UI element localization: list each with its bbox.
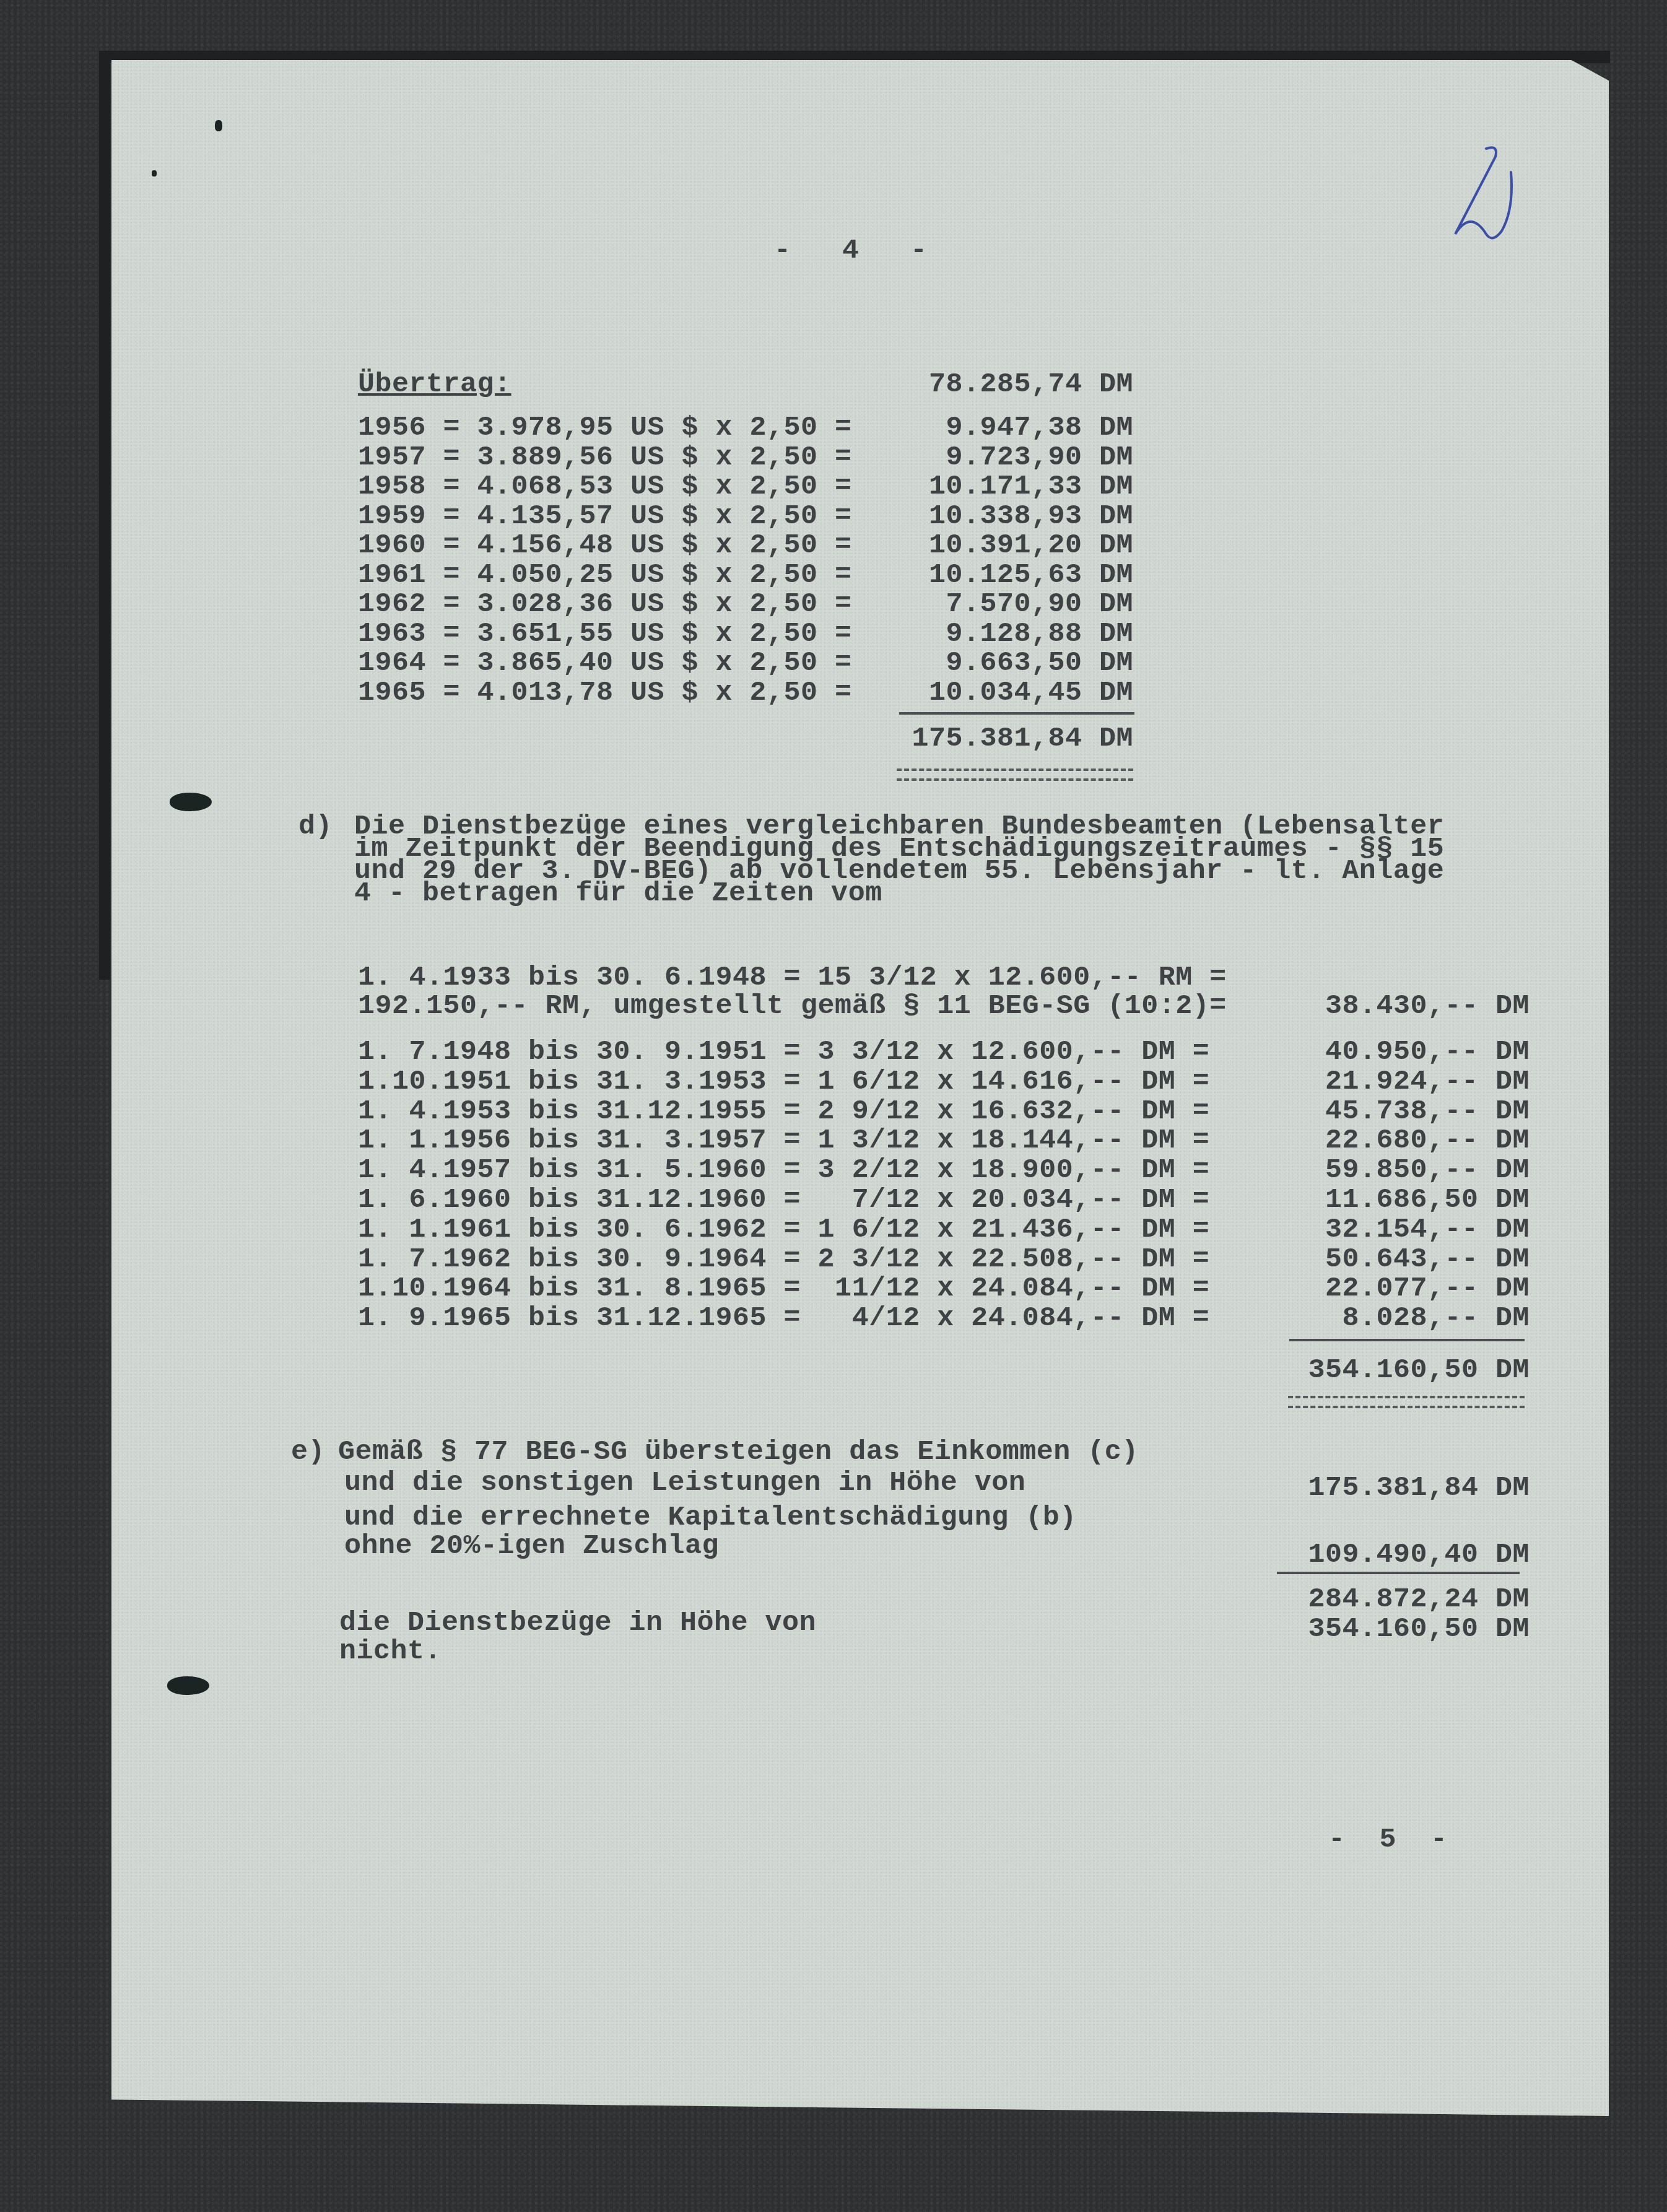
section-e-line: ohne 20%-igen Zuschlag: [344, 1532, 719, 1561]
carry-row-amount: 9.128,88 DM: [855, 620, 1133, 648]
handwritten-page-mark: [1443, 141, 1542, 246]
carry-amount: 78.285,74 DM: [855, 370, 1133, 399]
next-page-indicator: - 5 -: [1328, 1826, 1448, 1854]
section-e-line: Gemäß § 77 BEG-SG übersteigen das Einkom…: [338, 1438, 1139, 1466]
carry-row-amount: 9.723,90 DM: [855, 443, 1133, 472]
carry-row-amount: 9.663,50 DM: [855, 649, 1133, 677]
section-d-marker: d): [298, 812, 333, 841]
e-sum-amount: 284.872,24 DM: [1220, 1585, 1530, 1614]
d-row-formula: 1. 1.1961 bis 30. 6.1962 = 1 6/12 x 21.4…: [358, 1216, 1209, 1244]
carry-row-amount: 9.947,38 DM: [855, 414, 1133, 442]
d-row-amount: 8.028,-- DM: [1220, 1304, 1530, 1333]
e-closing-line-2: nicht.: [339, 1637, 442, 1666]
carry-double-rule: [897, 769, 1133, 781]
carry-row-formula: 1962 = 3.028,36 US $ x 2,50 =: [358, 590, 852, 619]
carry-row-formula: 1957 = 3.889,56 US $ x 2,50 =: [358, 443, 852, 472]
carry-row-amount: 10.125,63 DM: [855, 561, 1133, 590]
punch-hole-lower: [167, 1676, 209, 1695]
d-first-entry-line1: 1. 4.1933 bis 30. 6.1948 = 15 3/12 x 12.…: [358, 964, 1227, 992]
d-row-formula: 1.10.1951 bis 31. 3.1953 = 1 6/12 x 14.6…: [358, 1068, 1209, 1096]
d-row-formula: 1.10.1964 bis 31. 8.1965 = 11/12 x 24.08…: [358, 1274, 1209, 1303]
section-e-line: und die sonstigen Leistungen in Höhe von: [344, 1469, 1025, 1497]
carry-row-formula: 1965 = 4.013,78 US $ x 2,50 =: [358, 679, 852, 707]
ink-speck: [152, 170, 157, 176]
e-closing-line-1: die Dienstbezüge in Höhe von: [339, 1609, 816, 1637]
d-total: 354.160,50 DM: [1220, 1356, 1530, 1385]
d-row-amount: 22.077,-- DM: [1220, 1274, 1530, 1303]
d-row-amount: 45.738,-- DM: [1220, 1097, 1530, 1126]
carry-total: 175.381,84 DM: [855, 725, 1133, 753]
carry-row-amount: 7.570,90 DM: [855, 590, 1133, 619]
d-row-formula: 1. 4.1957 bis 31. 5.1960 = 3 2/12 x 18.9…: [358, 1156, 1209, 1185]
d-row-amount: 40.950,-- DM: [1220, 1038, 1530, 1066]
carry-label: Übertrag:: [358, 370, 511, 399]
section-e-marker: e): [291, 1438, 325, 1466]
carry-row-formula: 1956 = 3.978,95 US $ x 2,50 =: [358, 414, 852, 442]
section-e-line: und die errechnete Kapitalentschädigung …: [344, 1504, 1077, 1532]
section-d-paragraph-line: 4 - betragen für die Zeiten vom: [354, 879, 882, 908]
carry-row-formula: 1959 = 4.135,57 US $ x 2,50 =: [358, 502, 852, 531]
carry-underline: [899, 712, 1134, 715]
d-double-rule: [1288, 1396, 1525, 1408]
carry-row-formula: 1963 = 3.651,55 US $ x 2,50 =: [358, 620, 852, 648]
d-row-amount: 22.680,-- DM: [1220, 1126, 1530, 1155]
carry-row-amount: 10.338,93 DM: [855, 502, 1133, 531]
d-row-formula: 1. 9.1965 bis 31.12.1965 = 4/12 x 24.084…: [358, 1304, 1209, 1333]
d-row-formula: 1. 7.1948 bis 30. 9.1951 = 3 3/12 x 12.6…: [358, 1038, 1209, 1066]
d-row-amount: 21.924,-- DM: [1220, 1068, 1530, 1096]
d-row-amount: 32.154,-- DM: [1220, 1216, 1530, 1244]
d-row-amount: 11.686,50 DM: [1220, 1186, 1530, 1214]
carry-row-amount: 10.391,20 DM: [855, 531, 1133, 560]
carry-row-formula: 1960 = 4.156,48 US $ x 2,50 =: [358, 531, 852, 560]
punch-hole-upper: [170, 793, 212, 811]
carry-row-formula: 1958 = 4.068,53 US $ x 2,50 =: [358, 472, 852, 501]
e-capital-amount: 109.490,40 DM: [1220, 1541, 1530, 1569]
d-row-formula: 1. 7.1962 bis 30. 9.1964 = 2 3/12 x 22.5…: [358, 1245, 1209, 1274]
carry-row-formula: 1964 = 3.865,40 US $ x 2,50 =: [358, 649, 852, 677]
d-row-formula: 1. 4.1953 bis 31.12.1955 = 2 9/12 x 16.6…: [358, 1097, 1209, 1126]
e-underline: [1277, 1572, 1520, 1574]
e-income-amount: 175.381,84 DM: [1220, 1474, 1530, 1502]
carry-row-amount: 10.034,45 DM: [855, 679, 1133, 707]
d-underline: [1289, 1339, 1525, 1341]
d-row-amount: 59.850,-- DM: [1220, 1156, 1530, 1185]
d-first-entry-line2: 192.150,-- RM, umgestellt gemäß § 11 BEG…: [358, 992, 1227, 1021]
carry-row-amount: 10.171,33 DM: [855, 472, 1133, 501]
d-first-entry-amount: 38.430,-- DM: [1220, 992, 1530, 1021]
ink-speck: [215, 120, 222, 131]
binder-edge-left: [99, 51, 110, 980]
d-row-formula: 1. 1.1956 bis 31. 3.1957 = 1 3/12 x 18.1…: [358, 1126, 1209, 1155]
d-row-formula: 1. 6.1960 bis 31.12.1960 = 7/12 x 20.034…: [358, 1186, 1209, 1214]
page-number: - 4 -: [774, 237, 928, 265]
carry-row-formula: 1961 = 4.050,25 US $ x 2,50 =: [358, 561, 852, 590]
d-row-amount: 50.643,-- DM: [1220, 1245, 1530, 1274]
e-salary-amount: 354.160,50 DM: [1220, 1615, 1530, 1644]
